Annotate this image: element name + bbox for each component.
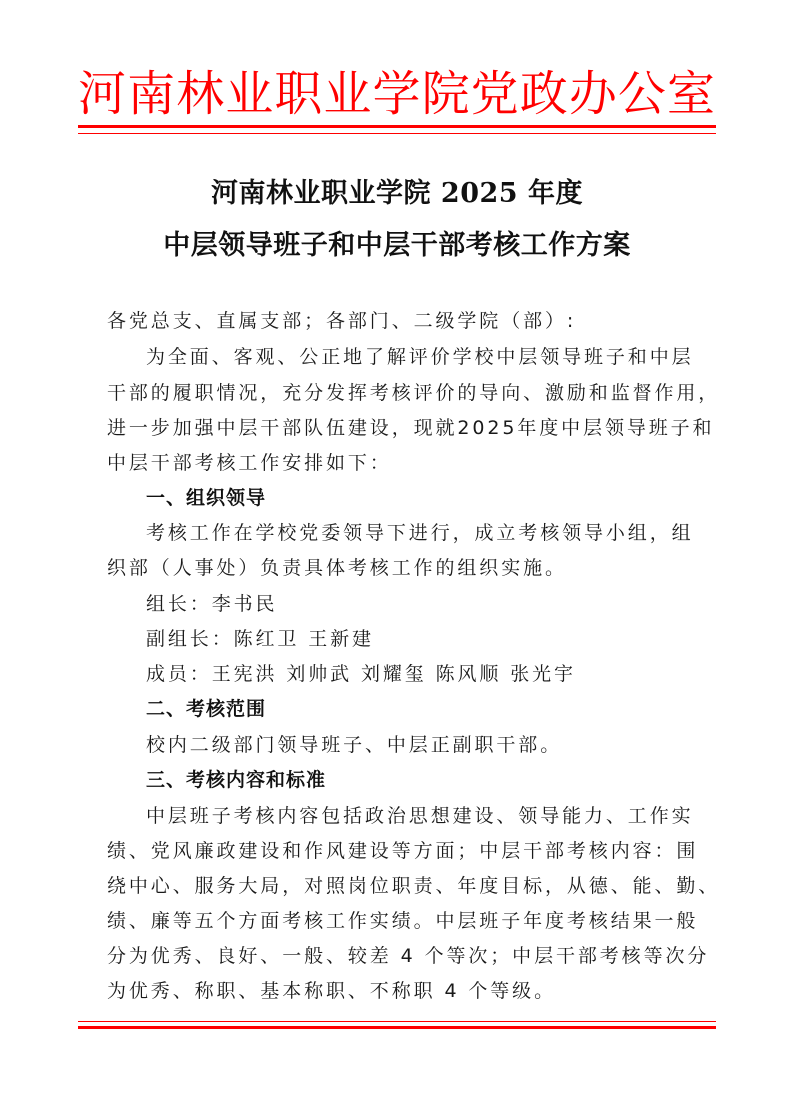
section-1-line-2: 织部（人事处）负责具体考核工作的组织实施。 [107, 553, 689, 584]
section-heading-scope: 二、考核范围 [146, 694, 266, 725]
group-deputy-leaders: 副组长：陈红卫 王新建 [146, 624, 691, 655]
section-3-line-6: 为优秀、称职、基本称职、不称职 4 个等级。 [107, 976, 689, 1007]
footer-rule-thin [78, 1021, 716, 1022]
section-2-line-1: 校内二级部门领导班子、中层正副职干部。 [146, 730, 691, 761]
intro-line-4: 中层干部考核工作安排如下： [107, 448, 689, 479]
group-members: 成员：王宪洪 刘帅武 刘耀玺 陈风顺 张光宇 [146, 659, 691, 690]
group-leader: 组长：李书民 [146, 589, 691, 620]
intro-line-1: 为全面、客观、公正地了解评价学校中层领导班子和中层 [146, 342, 691, 373]
document-page: 河南林业职业学院党政办公室 河南林业职业学院 2025 年度 中层领导班子和中层… [0, 0, 794, 1108]
intro-line-3: 进一步加强中层干部队伍建设，现就2025年度中层领导班子和 [107, 413, 689, 444]
masthead-rule-thick [78, 125, 716, 128]
intro-line-2: 干部的履职情况，充分发挥考核评价的导向、激励和监督作用， [107, 378, 689, 409]
section-heading-organization: 一、组织领导 [146, 483, 266, 514]
section-3-line-3: 绕中心、服务大局，对照岗位职责、年度目标，从德、能、勤、 [107, 871, 689, 902]
footer-rule-thick [78, 1026, 716, 1029]
section-3-line-2: 绩、党风廉政建设和作风建设等方面；中层干部考核内容：围 [107, 836, 689, 867]
masthead-org-name: 河南林业职业学院党政办公室 [78, 64, 716, 124]
document-title-line-2: 中层领导班子和中层干部考核工作方案 [0, 223, 794, 262]
document-title-line-1: 河南林业职业学院 2025 年度 [0, 171, 794, 210]
section-heading-content-standards: 三、考核内容和标准 [146, 765, 326, 796]
masthead-rule-thin [78, 133, 716, 134]
section-3-line-4: 绩、廉等五个方面考核工作实绩。中层班子年度考核结果一般 [107, 906, 689, 937]
salutation: 各党总支、直属支部；各部门、二级学院（部）: [107, 306, 689, 337]
section-3-line-5: 分为优秀、良好、一般、较差 4 个等次；中层干部考核等次分 [107, 941, 689, 972]
section-3-line-1: 中层班子考核内容包括政治思想建设、领导能力、工作实 [146, 801, 691, 832]
section-1-line-1: 考核工作在学校党委领导下进行，成立考核领导小组，组 [146, 518, 691, 549]
